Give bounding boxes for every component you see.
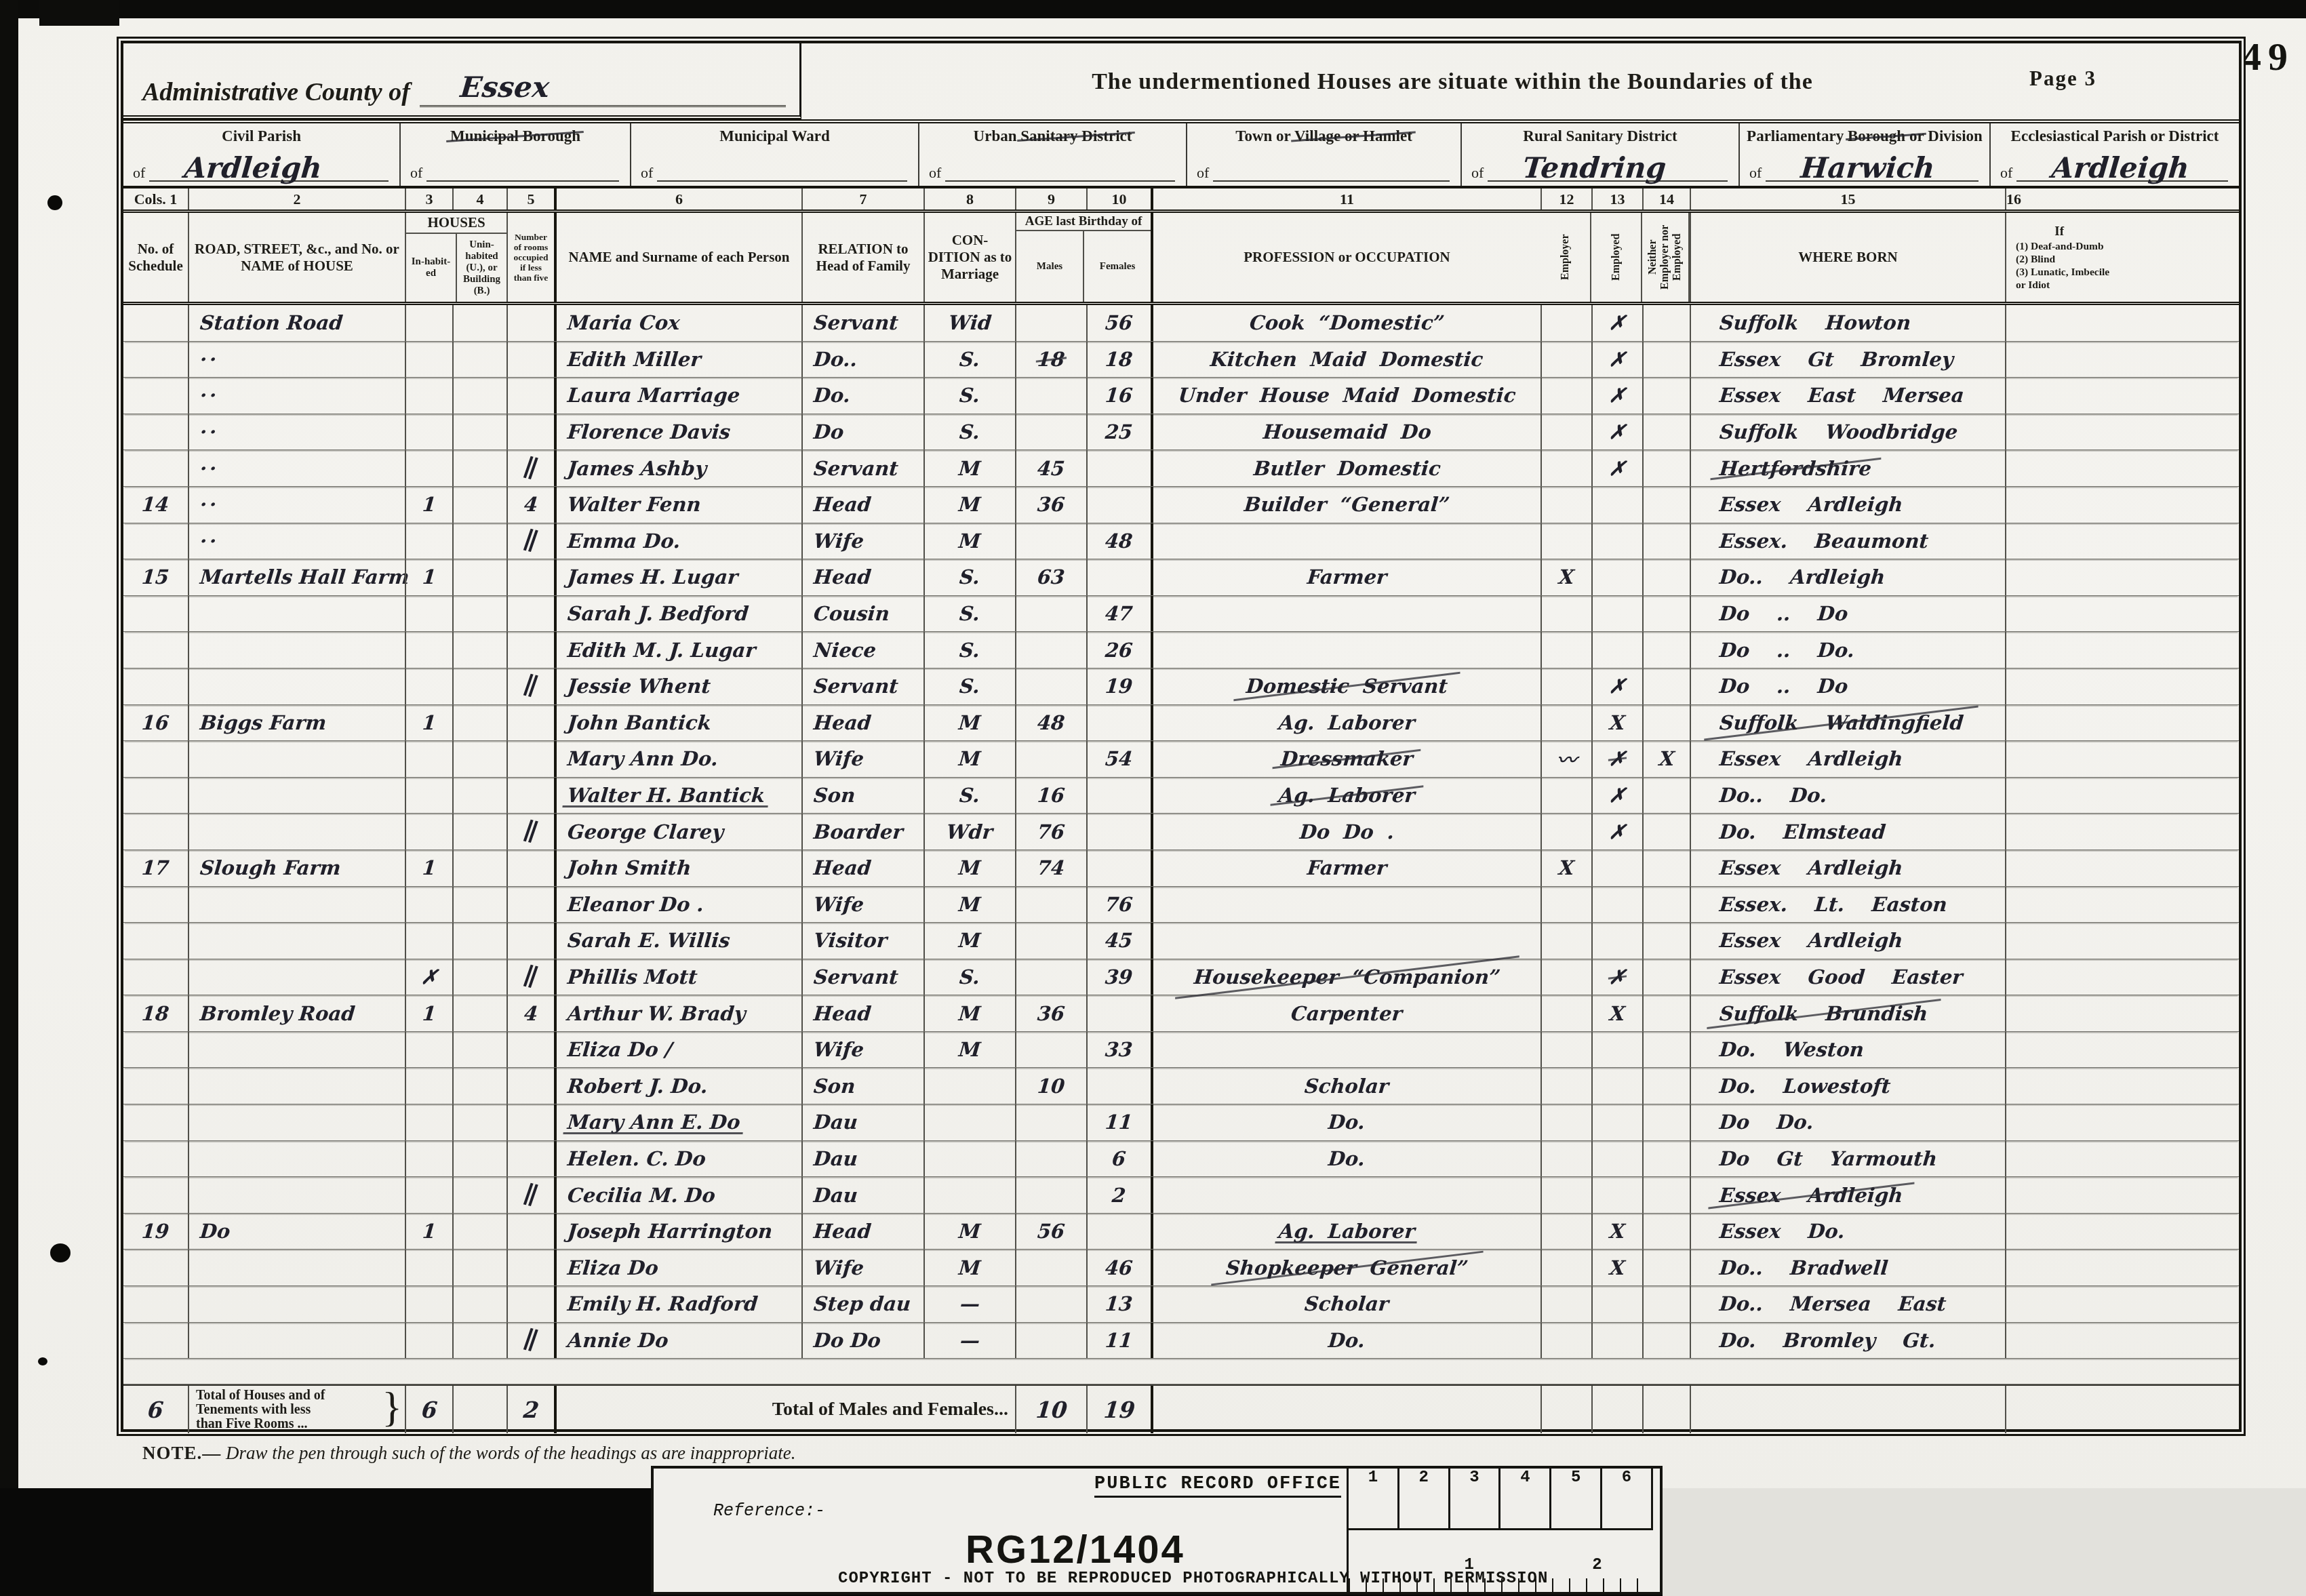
cell-schedule xyxy=(123,378,188,414)
cell-relation: Wife xyxy=(801,887,923,923)
cell-age_f: 76 xyxy=(1086,887,1151,923)
cell-rooms: ∥ xyxy=(506,523,554,559)
cell-employer: 〰 xyxy=(1540,741,1591,777)
ruler-inch-mark: 5 xyxy=(1551,1467,1602,1528)
cell-age_f: 19 xyxy=(1086,669,1151,704)
cell-employed xyxy=(1591,632,1642,668)
hole-punch-mark xyxy=(47,195,62,210)
cell-age_f: 47 xyxy=(1086,596,1151,632)
cell-name: Helen. C. Do xyxy=(554,1141,801,1177)
cell-condition xyxy=(923,1177,1015,1213)
cell-born: Do.. Ardleigh xyxy=(1690,559,2005,595)
district-section: Civil ParishofArdleigh xyxy=(123,123,399,186)
table-row: Robert J. Do.Son10ScholarDo. Lowestoft xyxy=(123,1068,2239,1104)
header-age: AGE last Birthday of xyxy=(1016,213,1151,231)
cell-schedule xyxy=(123,1104,188,1140)
cell-occupation: Shopkeeper General” xyxy=(1151,1250,1540,1285)
cell-name: Jessie Whent xyxy=(554,669,801,704)
cell-rooms: ∥ xyxy=(506,1177,554,1213)
cell-inhabited xyxy=(405,1104,452,1140)
cell-neither xyxy=(1642,632,1690,668)
cell-road xyxy=(188,1104,405,1140)
cell-age_f: 33 xyxy=(1086,1032,1151,1068)
cell-occupation xyxy=(1151,632,1540,668)
cell-name: Arthur W. Brady xyxy=(554,995,801,1031)
cell-neither xyxy=(1642,487,1690,523)
scan-edge-left xyxy=(0,0,18,1596)
cell-age_f: 56 xyxy=(1086,305,1151,341)
cell-condition: M xyxy=(923,887,1015,923)
cell-employer xyxy=(1540,305,1591,341)
total-males: 10 xyxy=(1015,1386,1086,1433)
cell-uninhabited xyxy=(452,814,506,850)
administrative-county-box: Administrative County of Essex xyxy=(123,43,801,119)
scan-edge-top xyxy=(0,0,2306,18)
cell-born: Essex Ardleigh xyxy=(1690,1177,2005,1213)
cell-name: Phillis Mott xyxy=(554,959,801,995)
cell-name: Joseph Harrington xyxy=(554,1214,801,1250)
cell-road: ·· xyxy=(188,450,405,486)
cell-age_m xyxy=(1015,596,1086,632)
cell-rooms: ∥ xyxy=(506,1323,554,1359)
cell-inhabited xyxy=(405,814,452,850)
cell-infirmity xyxy=(2005,378,2006,414)
cell-schedule xyxy=(123,887,188,923)
cell-employed xyxy=(1591,1104,1642,1140)
cell-employed: ✗ xyxy=(1591,741,1642,777)
cell-name: Emily H. Radford xyxy=(554,1286,801,1322)
cell-inhabited xyxy=(405,1177,452,1213)
cell-occupation: Scholar xyxy=(1151,1286,1540,1322)
cell-road: Station Road xyxy=(188,305,405,341)
cell-uninhabited xyxy=(452,596,506,632)
cell-occupation: Carpenter xyxy=(1151,995,1540,1031)
cell-schedule xyxy=(123,1323,188,1359)
district-section: Ecclesiastical Parish or DistrictofArdle… xyxy=(1989,123,2239,186)
cell-employer xyxy=(1540,778,1591,814)
cell-name: Robert J. Do. xyxy=(554,1068,801,1104)
column-number: 5 xyxy=(506,188,554,210)
district-sections: Civil ParishofArdleighMunicipal Borougho… xyxy=(123,123,2239,188)
header-rooms: Number of rooms occupied if less than fi… xyxy=(506,213,554,302)
ruler-number: 2 xyxy=(1592,1556,1602,1574)
cell-relation: Servant xyxy=(801,669,923,704)
cell-relation: Dau xyxy=(801,1141,923,1177)
total-rooms: 2 xyxy=(506,1386,554,1433)
cell-condition: M xyxy=(923,850,1015,886)
header-houses-group: HOUSES In-habit-ed Unin-habited (U.), or… xyxy=(405,213,506,302)
cell-name: Mary Ann Do. xyxy=(554,741,801,777)
cell-age_f: 48 xyxy=(1086,523,1151,559)
cell-age_f: 11 xyxy=(1086,1104,1151,1140)
header-females: Females xyxy=(1083,231,1151,302)
cell-employed: X xyxy=(1591,1250,1642,1285)
header-age-group: AGE last Birthday of Males Females xyxy=(1015,213,1151,302)
cell-schedule xyxy=(123,523,188,559)
cell-uninhabited xyxy=(452,1177,506,1213)
cell-schedule xyxy=(123,1250,188,1285)
cell-rooms xyxy=(506,1068,554,1104)
cell-schedule: 14 xyxy=(123,487,188,523)
cell-infirmity xyxy=(2005,1323,2006,1359)
cell-relation: Do xyxy=(801,414,923,450)
cell-schedule xyxy=(123,669,188,704)
table-row: ··∥Emma Do.WifeM48Essex. Beaumont xyxy=(123,523,2239,560)
cell-relation: Do. xyxy=(801,378,923,414)
total-inhabited: 6 xyxy=(405,1386,452,1433)
cell-age_m: 74 xyxy=(1015,850,1086,886)
cell-employed xyxy=(1591,850,1642,886)
cell-inhabited xyxy=(405,1032,452,1068)
cell-infirmity xyxy=(2005,778,2006,814)
cell-age_f xyxy=(1086,1214,1151,1250)
cell-age_m xyxy=(1015,1177,1086,1213)
cell-uninhabited xyxy=(452,850,506,886)
cell-schedule xyxy=(123,1032,188,1068)
cell-neither xyxy=(1642,342,1690,378)
cell-neither xyxy=(1642,305,1690,341)
table-row: ··Florence DavisDoS.25Housemaid Do✗Suffo… xyxy=(123,414,2239,451)
cell-occupation: Ag. Laborer xyxy=(1151,705,1540,741)
cell-employed xyxy=(1591,523,1642,559)
cell-infirmity xyxy=(2005,1177,2006,1213)
cell-condition: S. xyxy=(923,378,1015,414)
district-label: Municipal Ward xyxy=(631,127,918,145)
cell-schedule xyxy=(123,923,188,959)
cell-born: Essex Good Easter xyxy=(1690,959,2005,995)
cell-road xyxy=(188,923,405,959)
table-row: ··Edith MillerDo..S.1818Kitchen Maid Dom… xyxy=(123,342,2239,378)
cell-rooms xyxy=(506,342,554,378)
paper-bottom-right xyxy=(1663,1488,2306,1596)
cell-inhabited: 1 xyxy=(405,1214,452,1250)
cell-condition: M xyxy=(923,741,1015,777)
cell-relation: Head xyxy=(801,705,923,741)
cell-uninhabited xyxy=(452,342,506,378)
cell-road: ·· xyxy=(188,487,405,523)
column-headers-row: No. of Schedule ROAD, STREET, &c., and N… xyxy=(123,213,2239,305)
cell-condition: M xyxy=(923,1250,1015,1285)
cell-neither xyxy=(1642,414,1690,450)
cell-employed xyxy=(1591,1323,1642,1359)
cell-age_f: 54 xyxy=(1086,741,1151,777)
cell-neither xyxy=(1642,559,1690,595)
cell-name: Walter H. Bantick xyxy=(554,778,801,814)
cell-neither xyxy=(1642,1323,1690,1359)
cell-occupation xyxy=(1151,887,1540,923)
cell-employer xyxy=(1540,1068,1591,1104)
cell-infirmity xyxy=(2005,632,2006,668)
table-row: Mary Ann E. DoDau11Do.Do Do. xyxy=(123,1104,2239,1141)
total-females: 19 xyxy=(1086,1386,1151,1433)
cell-occupation xyxy=(1151,923,1540,959)
pro-reference-label: Reference:- xyxy=(713,1501,825,1521)
cell-infirmity xyxy=(2005,959,2006,995)
header-employed: Employed xyxy=(1591,213,1642,302)
cell-road xyxy=(188,669,405,704)
column-number: 16 xyxy=(2005,188,2021,210)
cell-condition: M xyxy=(923,450,1015,486)
cell-rooms xyxy=(506,414,554,450)
cell-occupation: Butler Domestic xyxy=(1151,450,1540,486)
cell-road xyxy=(188,814,405,850)
cell-employer xyxy=(1540,1177,1591,1213)
cell-rooms xyxy=(506,1032,554,1068)
cell-neither xyxy=(1642,596,1690,632)
cell-born: Do .. Do xyxy=(1690,596,2005,632)
cell-born: Do. Weston xyxy=(1690,1032,2005,1068)
cell-age_f xyxy=(1086,778,1151,814)
cell-schedule xyxy=(123,450,188,486)
cell-age_m xyxy=(1015,632,1086,668)
table-row: Eliza Do /WifeM33Do. Weston xyxy=(123,1032,2239,1069)
cell-born: Essex Ardleigh xyxy=(1690,923,2005,959)
cell-condition: S. xyxy=(923,559,1015,595)
cell-rooms xyxy=(506,596,554,632)
cell-road xyxy=(188,1323,405,1359)
district-value: Tendring xyxy=(1522,151,1667,184)
cell-condition xyxy=(923,1141,1015,1177)
cell-road xyxy=(188,596,405,632)
cell-age_m xyxy=(1015,669,1086,704)
cell-employer xyxy=(1540,1214,1591,1250)
cell-infirmity xyxy=(2005,741,2006,777)
cell-age_f: 16 xyxy=(1086,378,1151,414)
header-name: NAME and Surname of each Person xyxy=(554,213,801,302)
cell-name: Eleanor Do . xyxy=(554,887,801,923)
cell-name: Laura Marriage xyxy=(554,378,801,414)
district-section: Urban Sanitary Districtof xyxy=(918,123,1186,186)
cell-condition: S. xyxy=(923,632,1015,668)
cell-inhabited xyxy=(405,342,452,378)
cell-occupation: Scholar xyxy=(1151,1068,1540,1104)
cell-road: Bromley Road xyxy=(188,995,405,1031)
pro-office-title: PUBLIC RECORD OFFICE xyxy=(1094,1474,1341,1498)
cell-inhabited: ✗ xyxy=(405,959,452,995)
cell-inhabited: 1 xyxy=(405,705,452,741)
cell-born: Do .. Do. xyxy=(1690,632,2005,668)
table-row: Eliza DoWifeM46Shopkeeper General”XDo.. … xyxy=(123,1250,2239,1286)
district-label: Town or Village or Hamlet xyxy=(1187,127,1460,145)
header-profession: PROFESSION or OCCUPATION xyxy=(1151,213,1540,302)
header-where-born: WHERE BORN xyxy=(1690,213,2005,302)
ruler-inch-mark: 3 xyxy=(1450,1467,1501,1528)
cell-employer xyxy=(1540,1104,1591,1140)
cell-name: Cecilia M. Do xyxy=(554,1177,801,1213)
table-row: ∥Jessie WhentServantS.19Domestic Servant… xyxy=(123,669,2239,705)
cell-relation: Wife xyxy=(801,523,923,559)
cell-occupation: Do. xyxy=(1151,1323,1540,1359)
cell-road: ·· xyxy=(188,342,405,378)
cell-occupation: Domestic Servant xyxy=(1151,669,1540,704)
cell-road xyxy=(188,1177,405,1213)
cell-relation: Wife xyxy=(801,1250,923,1285)
cell-infirmity xyxy=(2005,923,2006,959)
cell-occupation: Do. xyxy=(1151,1141,1540,1177)
cell-name: Eliza Do xyxy=(554,1250,801,1285)
cell-born: Essex. Lt. Easton xyxy=(1690,887,2005,923)
cell-infirmity xyxy=(2005,523,2006,559)
cell-name: James Ashby xyxy=(554,450,801,486)
cell-rooms xyxy=(506,378,554,414)
column-number: 7 xyxy=(801,188,923,210)
cell-condition: Wid xyxy=(923,305,1015,341)
column-number: 3 xyxy=(405,188,452,210)
cell-name: James H. Lugar xyxy=(554,559,801,595)
cell-rooms xyxy=(506,705,554,741)
cell-condition: S. xyxy=(923,669,1015,704)
cell-name: Annie Do xyxy=(554,1323,801,1359)
cell-age_f xyxy=(1086,705,1151,741)
cell-road xyxy=(188,778,405,814)
cell-neither xyxy=(1642,705,1690,741)
cell-age_m xyxy=(1015,1323,1086,1359)
cell-schedule xyxy=(123,741,188,777)
cell-condition: S. xyxy=(923,414,1015,450)
cell-neither xyxy=(1642,1177,1690,1213)
cell-schedule xyxy=(123,414,188,450)
cell-inhabited xyxy=(405,778,452,814)
header-uninhabited: Unin-habited (U.), or Building (B.) xyxy=(456,234,506,302)
cell-condition: S. xyxy=(923,596,1015,632)
cell-rooms xyxy=(506,1286,554,1322)
cell-employer xyxy=(1540,959,1591,995)
cell-infirmity xyxy=(2005,1214,2006,1250)
cell-occupation: Ag. Laborer xyxy=(1151,1214,1540,1250)
column-number: 8 xyxy=(923,188,1015,210)
cell-born: Essex Do. xyxy=(1690,1214,2005,1250)
cell-neither xyxy=(1642,450,1690,486)
cell-condition: S. xyxy=(923,778,1015,814)
cell-infirmity xyxy=(2005,342,2006,378)
cell-schedule xyxy=(123,1177,188,1213)
cell-uninhabited xyxy=(452,305,506,341)
cell-age_f xyxy=(1086,559,1151,595)
cell-rooms xyxy=(506,778,554,814)
table-row: Emily H. RadfordStep dau—13ScholarDo.. M… xyxy=(123,1286,2239,1323)
cell-born: Essex Ardleigh xyxy=(1690,487,2005,523)
cell-condition: M xyxy=(923,995,1015,1031)
public-record-office-stamp: PUBLIC RECORD OFFICE Reference:- RG12/14… xyxy=(651,1466,1663,1595)
table-row: Eleanor Do .WifeM76Essex. Lt. Easton xyxy=(123,887,2239,923)
cell-name: Sarah E. Willis xyxy=(554,923,801,959)
cell-employer xyxy=(1540,414,1591,450)
cell-neither xyxy=(1642,995,1690,1031)
cell-age_f xyxy=(1086,814,1151,850)
cell-employer xyxy=(1540,342,1591,378)
cell-infirmity xyxy=(2005,1032,2006,1068)
district-label: Urban Sanitary District xyxy=(919,127,1186,145)
cell-inhabited xyxy=(405,741,452,777)
table-row: Walter H. BantickSonS.16Ag. Laborer✗Do..… xyxy=(123,778,2239,814)
cell-employer xyxy=(1540,1141,1591,1177)
cell-uninhabited xyxy=(452,487,506,523)
cell-schedule: 15 xyxy=(123,559,188,595)
pro-reference-value: RG12/1404 xyxy=(966,1527,1185,1572)
column-number: 4 xyxy=(452,188,506,210)
header-schedule: No. of Schedule xyxy=(123,213,188,302)
cell-condition: M xyxy=(923,923,1015,959)
cell-relation: Visitor xyxy=(801,923,923,959)
district-label: Municipal Borough xyxy=(401,127,630,145)
cell-uninhabited xyxy=(452,1250,506,1285)
table-row: ∥Cecilia M. DoDau2Essex Ardleigh xyxy=(123,1177,2239,1214)
cell-name: John Bantick xyxy=(554,705,801,741)
cell-road: Do xyxy=(188,1214,405,1250)
cell-condition: M xyxy=(923,1032,1015,1068)
column-number: 11 xyxy=(1151,188,1540,210)
cell-employer xyxy=(1540,1032,1591,1068)
cell-age_f xyxy=(1086,1068,1151,1104)
cell-condition: S. xyxy=(923,959,1015,995)
cell-age_m: 56 xyxy=(1015,1214,1086,1250)
cell-uninhabited xyxy=(452,378,506,414)
cell-age_m xyxy=(1015,1032,1086,1068)
ruler-inch-mark: 2 xyxy=(1399,1467,1450,1528)
cell-relation: Boarder xyxy=(801,814,923,850)
table-row: ··∥James AshbyServantM45Butler Domestic✗… xyxy=(123,450,2239,487)
cell-occupation: Housemaid Do xyxy=(1151,414,1540,450)
cell-employer xyxy=(1540,378,1591,414)
situate-line: The undermentioned Houses are situate wi… xyxy=(923,69,1981,95)
cell-name: Edith Miller xyxy=(554,342,801,378)
district-value: Ardleigh xyxy=(2050,151,2191,184)
cell-infirmity xyxy=(2005,1068,2006,1104)
cell-born: Suffolk Brundish xyxy=(1690,995,2005,1031)
district-section: Rural Sanitary DistrictofTendring xyxy=(1460,123,1738,186)
cell-occupation: Kitchen Maid Domestic xyxy=(1151,342,1540,378)
cell-infirmity xyxy=(2005,559,2006,595)
cell-uninhabited xyxy=(452,632,506,668)
cell-schedule xyxy=(123,778,188,814)
cell-schedule: 19 xyxy=(123,1214,188,1250)
cell-road xyxy=(188,632,405,668)
table-row: Station RoadMaria CoxServantWid56Cook “D… xyxy=(123,305,2239,342)
footnote: NOTE.— Draw the pen through such of the … xyxy=(142,1443,796,1464)
cell-infirmity xyxy=(2005,596,2006,632)
cell-born: Essex Gt Bromley xyxy=(1690,342,2005,378)
header-neither: Neither Employer nor Employed xyxy=(1642,213,1690,302)
cell-condition xyxy=(923,1104,1015,1140)
cell-age_m xyxy=(1015,959,1086,995)
cell-occupation xyxy=(1151,523,1540,559)
administrative-county-rule: Essex xyxy=(420,68,786,107)
cell-road xyxy=(188,1032,405,1068)
cell-age_f: 13 xyxy=(1086,1286,1151,1322)
cell-name: Edith M. J. Lugar xyxy=(554,632,801,668)
cell-neither xyxy=(1642,1250,1690,1285)
cell-age_m: 18 xyxy=(1015,342,1086,378)
cell-occupation xyxy=(1151,1032,1540,1068)
cell-age_f xyxy=(1086,850,1151,886)
cell-relation: Cousin xyxy=(801,596,923,632)
cell-employer xyxy=(1540,814,1591,850)
header-condition: CON-DITION as to Marriage xyxy=(923,213,1015,302)
cell-employer xyxy=(1540,923,1591,959)
header-inhabited: In-habit-ed xyxy=(406,234,456,302)
cell-name: Mary Ann E. Do xyxy=(554,1104,801,1140)
cell-employed: ✗ xyxy=(1591,778,1642,814)
cell-uninhabited xyxy=(452,1141,506,1177)
cell-rooms xyxy=(506,850,554,886)
cell-employed xyxy=(1591,1068,1642,1104)
cell-road xyxy=(188,1286,405,1322)
hole-punch-mark xyxy=(38,1357,47,1365)
cell-employer xyxy=(1540,669,1591,704)
cell-inhabited: 1 xyxy=(405,995,452,1031)
cell-condition: — xyxy=(923,1323,1015,1359)
cell-born: Suffolk Waldingfield xyxy=(1690,705,2005,741)
